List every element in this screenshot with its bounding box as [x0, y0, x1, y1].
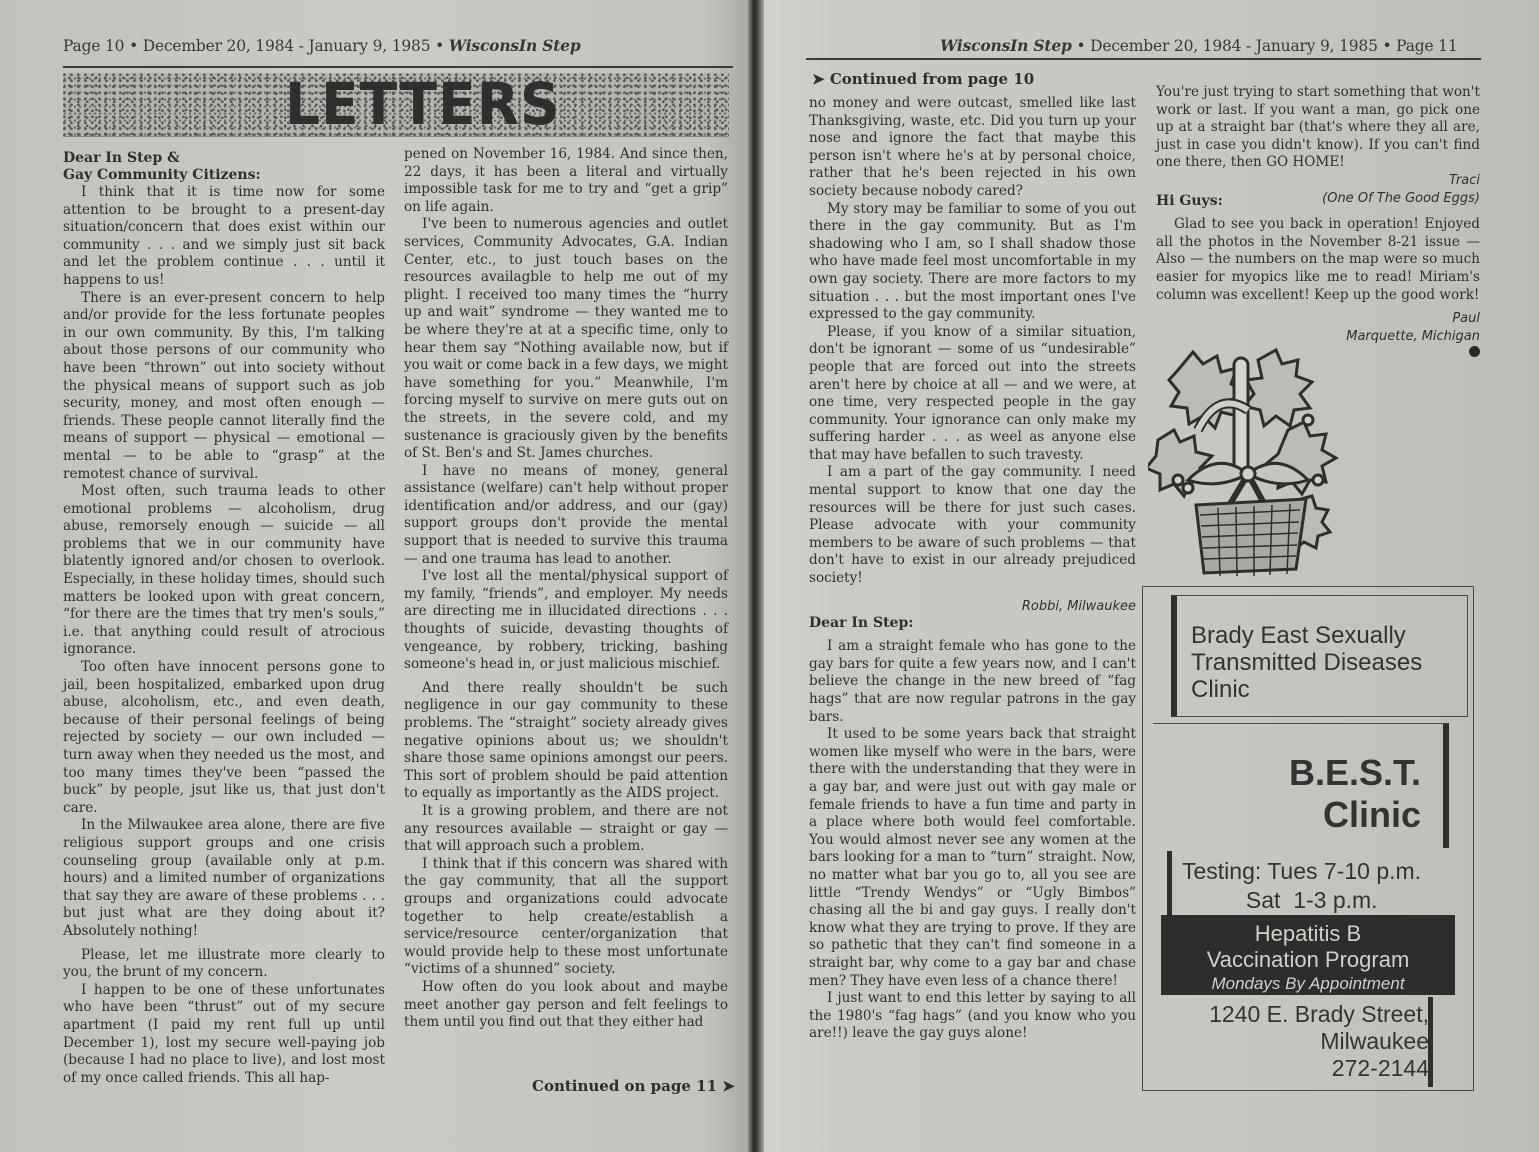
arrow-right-icon: ➤ [812, 70, 825, 88]
salutation: Dear In Step: [809, 615, 1136, 632]
program-title-1: Hepatitis B [1161, 921, 1455, 947]
continued-on-link[interactable]: Continued on page 11 ➤ [532, 1077, 735, 1095]
paragraph: Most often, such trauma leads to other e… [63, 483, 385, 659]
paragraph: Please, if you know of a similar situati… [809, 324, 1136, 465]
separator: • [1076, 37, 1085, 55]
paragraph: In the Milwaukee area alone, there are f… [63, 817, 385, 940]
clinic-full-name: Brady East Sexually Transmitted Diseases… [1191, 622, 1422, 703]
publication-name: WisconsIn Step [940, 36, 1072, 55]
paragraph: Too often have innocent persons gone to … [63, 659, 385, 817]
letters-banner: LETTERS [63, 73, 729, 137]
header-rule [806, 58, 1481, 60]
paragraph: I think that if this concern was shared … [404, 856, 728, 979]
separator: • [435, 37, 444, 55]
ad-header-box: Brady East Sexually Transmitted Diseases… [1171, 595, 1468, 717]
newspaper-spread: Page 10 • December 20, 1984 - January 9,… [0, 0, 1539, 1152]
page-number: Page 10 [63, 37, 124, 55]
paragraph: My story may be familiar to some of you … [809, 201, 1136, 324]
clinic-short-name: B.E.S.T. Clinic [1289, 752, 1421, 836]
signature-name: Paul [1156, 310, 1480, 328]
signature-name: Traci [1156, 172, 1480, 190]
testing-hours: Testing: Tues 7-10 p.m. Sat 1-3 p.m. [1182, 857, 1421, 915]
letter1-column-2: pened on November 16, 1984. And since th… [404, 146, 728, 1032]
paragraph: pened on November 16, 1984. And since th… [404, 146, 728, 216]
paragraph: I am a part of the gay community. I need… [809, 464, 1136, 587]
salutation: Dear In Step &Gay Community Citizens: [63, 150, 385, 184]
paragraph: How often do you look about and maybe me… [404, 979, 728, 1032]
letter1-continued-column: no money and were outcast, smelled like … [809, 95, 1136, 1043]
paragraph: And there really shouldn't be such negli… [404, 680, 728, 803]
paragraph: I've lost all the mental/physical suppor… [404, 568, 728, 674]
continued-from-link[interactable]: ➤ Continued from page 10 [812, 70, 1034, 88]
end-bullet-icon [1469, 346, 1480, 357]
paragraph: I happen to be one of these unfortunates… [63, 982, 385, 1088]
letters-column-2: You're just trying to start something th… [1156, 84, 1480, 363]
letter1-column-1: Dear In Step &Gay Community Citizens: I … [63, 150, 385, 1087]
signature: Robbi, Milwaukee [809, 598, 1136, 616]
section-title: LETTERS [285, 71, 561, 137]
paragraph: You're just trying to start something th… [1156, 84, 1480, 172]
program-title-2: Vaccination Program [1161, 947, 1455, 973]
paragraph: I've been to numerous agencies and outle… [404, 216, 728, 462]
arrow-right-icon: ➤ [722, 1077, 735, 1095]
publication-name: WisconsIn Step [449, 36, 581, 55]
separator: • [129, 37, 138, 55]
issue-dates: December 20, 1984 - January 9, 1985 [143, 37, 431, 55]
holiday-basket-illustration [1148, 330, 1348, 585]
running-head-right: WisconsIn Step • December 20, 1984 - Jan… [940, 36, 1458, 55]
paragraph: Glad to see you back in operation! Enjoy… [1156, 216, 1480, 304]
paragraph: I have no means of money, general assist… [404, 463, 728, 569]
ad-hours-box: Testing: Tues 7-10 p.m. Sat 1-3 p.m. [1167, 851, 1462, 921]
running-head-left: Page 10 • December 20, 1984 - January 9,… [63, 36, 581, 55]
separator: • [1382, 37, 1391, 55]
hepatitis-program-banner: Hepatitis B Vaccination Program Mondays … [1161, 915, 1455, 995]
paragraph: I think that it is time now for some att… [63, 184, 385, 290]
paragraph: There is an ever-present concern to help… [63, 290, 385, 484]
ad-name-box: B.E.S.T. Clinic [1153, 723, 1449, 848]
paragraph: It used to be some years back that strai… [809, 726, 1136, 990]
paragraph: It is a growing problem, and there are n… [404, 803, 728, 856]
clinic-address: 1240 E. Brady Street, Milwaukee 272-2144 [1209, 1001, 1429, 1082]
issue-dates: December 20, 1984 - January 9, 1985 [1090, 37, 1378, 55]
paragraph: I just want to end this letter by saying… [809, 990, 1136, 1043]
gutter-fold [748, 0, 764, 1152]
program-schedule: Mondays By Appointment [1161, 973, 1455, 995]
paragraph: no money and were outcast, smelled like … [809, 95, 1136, 201]
header-rule [63, 66, 733, 68]
phone-number: 272-2144 [1332, 1055, 1429, 1081]
page-number: Page 11 [1396, 37, 1457, 55]
best-clinic-advertisement: Brady East Sexually Transmitted Diseases… [1142, 586, 1474, 1091]
paragraph: I am a straight female who has gone to t… [809, 638, 1136, 726]
paragraph: Please, let me illustrate more clearly t… [63, 947, 385, 982]
